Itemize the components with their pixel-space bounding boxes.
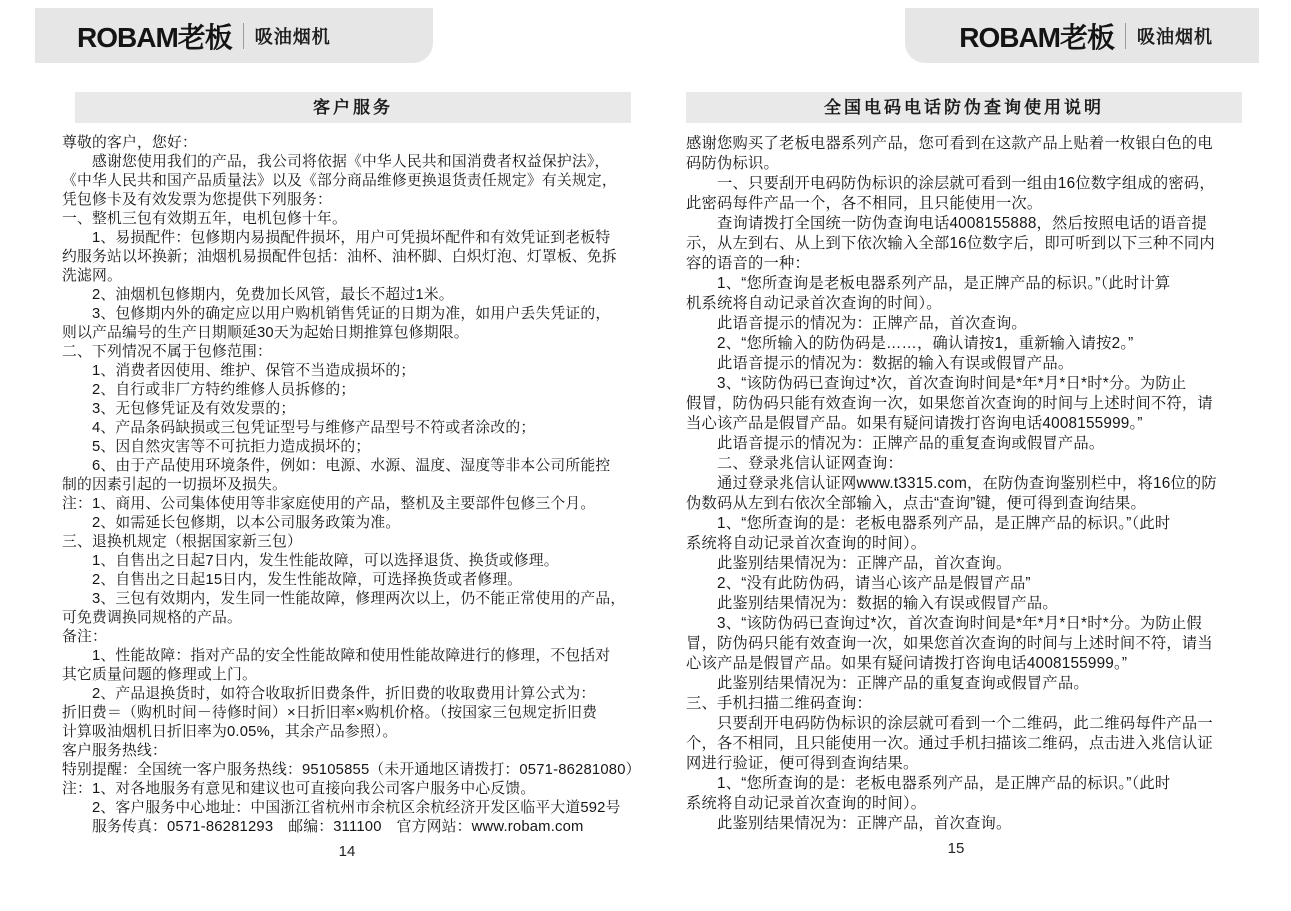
text-line: 二、下列情况不属于包修范围：	[62, 343, 668, 362]
text-line: 机系统将自动记录首次查询的时间）。	[686, 294, 1264, 314]
text-line: 伪数码从左到右依次全部输入，点击“查询”键，便可得到查询结果。	[686, 494, 1264, 514]
text-line: 客户服务热线：	[62, 742, 668, 761]
brand-banner-right: ROBAM老板 吸油烟机	[905, 8, 1259, 63]
text-line: 其它质量问题的修理或上门。	[62, 666, 668, 685]
text-line: 感谢您使用我们的产品，我公司将依据《中华人民共和国消费者权益保护法》，	[62, 153, 668, 172]
product-name-label: 吸油烟机	[1137, 23, 1213, 49]
text-line: 2、“没有此防伪码，请当心该产品是假冒产品”	[686, 574, 1264, 594]
text-line: 约服务站以坏换新；油烟机易损配件包括：油杯、油杯脚、白炽灯泡、灯罩板、免拆	[62, 248, 668, 267]
text-line: 个，各不相同，且只能使用一次。通过手机扫描该二维码，点击进入兆信认证	[686, 734, 1264, 754]
text-line: 当心该产品是假冒产品。如果有疑问请拨打咨询电话4008155999。”	[686, 414, 1264, 434]
page-number-14: 14	[62, 843, 632, 860]
text-line: 1、自售出之日起7日内，发生性能故障，可以选择退货、换货或修理。	[62, 552, 668, 571]
text-line: 特别提醒：全国统一客户服务热线：95105855（未开通地区请拨打：0571-8…	[62, 761, 668, 780]
robam-logo: ROBAM老板 吸油烟机	[959, 16, 1213, 56]
text-line: 此语音提示的情况为：正牌产品，首次查询。	[686, 314, 1264, 334]
product-name-label: 吸油烟机	[255, 23, 331, 49]
text-line: 2、自售出之日起15日内，发生性能故障，可选择换货或者修理。	[62, 571, 668, 590]
text-line: 1、“您所查询的是：老板电器系列产品，是正牌产品的标识。”（此时	[686, 774, 1264, 794]
text-line: 2、“您所输入的防伪码是……，确认请按1，重新输入请按2。”	[686, 334, 1264, 354]
robam-logo-text: ROBAM老板	[959, 16, 1114, 56]
text-line: 系统将自动记录首次查询的时间）。	[686, 534, 1264, 554]
text-line: 4、产品条码缺损或三包凭证型号与维修产品型号不符或者涂改的；	[62, 419, 668, 438]
text-line: 查询请拨打全国统一防伪查询电话4008155888，然后按照电话的语音提	[686, 214, 1264, 234]
text-line: 计算吸油烟机日折旧率为0.05%，其余产品参照）。	[62, 723, 668, 742]
text-line: 2、油烟机包修期内，免费加长风管，最长不超过1米。	[62, 286, 668, 305]
text-line: 一、只要刮开电码防伪标识的涂层就可看到一组由16位数字组成的密码，	[686, 174, 1264, 194]
text-line: 感谢您购买了老板电器系列产品，您可看到在这款产品上贴着一枚银白色的电	[686, 134, 1264, 154]
brand-banner-left: ROBAM老板 吸油烟机	[35, 8, 433, 63]
text-line: 《中华人民共和国产品质量法》以及《部分商品维修更换退货责任规定》有关规定，	[62, 172, 668, 191]
page-title-customer-service: 客户服务	[75, 92, 631, 123]
text-line: 尊敬的客户，您好：	[62, 134, 668, 153]
text-line: 容的语音的一种：	[686, 254, 1264, 274]
text-line: 此语音提示的情况为：数据的输入有误或假冒产品。	[686, 354, 1264, 374]
text-line: 系统将自动记录首次查询的时间）。	[686, 794, 1264, 814]
page-customer-service: 客户服务 尊敬的客户，您好： 感谢您使用我们的产品，我公司将依据《中华人民共和国…	[62, 92, 668, 860]
text-line: 1、“您所查询的是：老板电器系列产品，是正牌产品的标识。”（此时	[686, 514, 1264, 534]
text-line: 备注：	[62, 628, 668, 647]
text-line: 2、产品退换货时，如符合收取折旧费条件，折旧费的收取费用计算公式为：	[62, 685, 668, 704]
page-title-text: 全国电码电话防伪查询使用说明	[824, 98, 1104, 117]
text-line: 3、三包有效期内，发生同一性能故障，修理两次以上，仍不能正常使用的产品，	[62, 590, 668, 609]
text-line: 服务传真：0571-86281293 邮编：311100 官方网站：www.ro…	[62, 818, 668, 837]
text-line: 2、客户服务中心地址：中国浙江省杭州市余杭区余杭经济开发区临平大道592号	[62, 799, 668, 818]
manual-spread: { "brand": { "logo": "ROBAM老板", "product…	[0, 0, 1291, 911]
text-line: 示，从左到右、从上到下依次输入全部16位数字后，即可听到以下三种不同内	[686, 234, 1264, 254]
text-line: 三、手机扫描二维码查询：	[686, 694, 1264, 714]
text-line: 3、无包修凭证及有效发票的；	[62, 400, 668, 419]
text-line: 1、消费者因使用、维护、保管不当造成损坏的；	[62, 362, 668, 381]
text-line: 通过登录兆信认证网www.t3315.com，在防伪查询鉴别栏中，将16位的防	[686, 474, 1264, 494]
text-line: 6、由于产品使用环境条件，例如：电源、水源、温度、湿度等非本公司所能控	[62, 457, 668, 476]
text-line: 冒，防伪码只能有效查询一次，如果您首次查询的时间与上述时间不符，请当	[686, 634, 1264, 654]
text-line: 3、“该防伪码已查询过*次，首次查询时间是*年*月*日*时*分。为防止	[686, 374, 1264, 394]
text-line: 此密码每件产品一个，各不相同，且只能使用一次。	[686, 194, 1264, 214]
robam-logo: ROBAM老板 吸油烟机	[77, 16, 331, 56]
text-line: 一、整机三包有效期五年，电机包修十年。	[62, 210, 668, 229]
text-line: 三、退换机规定（根据国家新三包）	[62, 533, 668, 552]
text-line: 2、如需延长包修期，以本公司服务政策为准。	[62, 514, 668, 533]
text-line: 则以产品编号的生产日期顺延30天为起始日期推算包修期限。	[62, 324, 668, 343]
page-number-15: 15	[686, 840, 1226, 857]
text-line: 此鉴别结果情况为：正牌产品，首次查询。	[686, 554, 1264, 574]
text-line: 1、“您所查询是老板电器系列产品，是正牌产品的标识。”（此时计算	[686, 274, 1264, 294]
text-line: 3、包修期内外的确定应以用户购机销售凭证的日期为准，如用户丢失凭证的，	[62, 305, 668, 324]
text-line: 制的因素引起的一切损坏及损失。	[62, 476, 668, 495]
text-line: 二、登录兆信认证网查询：	[686, 454, 1264, 474]
text-line: 凭包修卡及有效发票为您提供下列服务：	[62, 191, 668, 210]
text-line: 1、易损配件：包修期内易损配件损坏，用户可凭损坏配件和有效凭证到老板特	[62, 229, 668, 248]
logo-divider	[243, 23, 244, 49]
text-line: 只要刮开电码防伪标识的涂层就可看到一个二维码，此二维码每件产品一	[686, 714, 1264, 734]
text-line: 洗滤网。	[62, 267, 668, 286]
text-line: 网进行验证，便可得到查询结果。	[686, 754, 1264, 774]
text-line: 假冒，防伪码只能有效查询一次，如果您首次查询的时间与上述时间不符，请	[686, 394, 1264, 414]
text-line: 心该产品是假冒产品。如果有疑问请拨打咨询电话4008155999。”	[686, 654, 1264, 674]
logo-divider	[1125, 23, 1126, 49]
text-line: 码防伪标识。	[686, 154, 1264, 174]
text-line: 此鉴别结果情况为：正牌产品的重复查询或假冒产品。	[686, 674, 1264, 694]
text-line: 注：1、商用、公司集体使用等非家庭使用的产品，整机及主要部件包修三个月。	[62, 495, 668, 514]
text-line: 此鉴别结果情况为：正牌产品，首次查询。	[686, 814, 1264, 834]
text-line: 可免费调换同规格的产品。	[62, 609, 668, 628]
text-line: 折旧费＝（购机时间－待修时间）×日折旧率×购机价格。（按国家三包规定折旧费	[62, 704, 668, 723]
text-line: 此语音提示的情况为：正牌产品的重复查询或假冒产品。	[686, 434, 1264, 454]
text-line: 1、性能故障：指对产品的安全性能故障和使用性能故障进行的修理，不包括对	[62, 647, 668, 666]
page-anticounterfeit-instructions: 全国电码电话防伪查询使用说明 感谢您购买了老板电器系列产品，您可看到在这款产品上…	[686, 92, 1264, 857]
page-body-customer-service: 尊敬的客户，您好： 感谢您使用我们的产品，我公司将依据《中华人民共和国消费者权益…	[62, 134, 668, 837]
text-line: 此鉴别结果情况为：数据的输入有误或假冒产品。	[686, 594, 1264, 614]
page-title-anticounterfeit: 全国电码电话防伪查询使用说明	[686, 92, 1242, 123]
page-title-text: 客户服务	[313, 98, 393, 117]
text-line: 2、自行或非厂方特约维修人员拆修的；	[62, 381, 668, 400]
text-line: 3、“该防伪码已查询过*次，首次查询时间是*年*月*日*时*分。为防止假	[686, 614, 1264, 634]
text-line: 注：1、对各地服务有意见和建议也可直接向我公司客户服务中心反馈。	[62, 780, 668, 799]
text-line: 5、因自然灾害等不可抗拒力造成损坏的；	[62, 438, 668, 457]
page-body-anticounterfeit: 感谢您购买了老板电器系列产品，您可看到在这款产品上贴着一枚银白色的电码防伪标识。…	[686, 134, 1264, 834]
robam-logo-text: ROBAM老板	[77, 16, 232, 56]
